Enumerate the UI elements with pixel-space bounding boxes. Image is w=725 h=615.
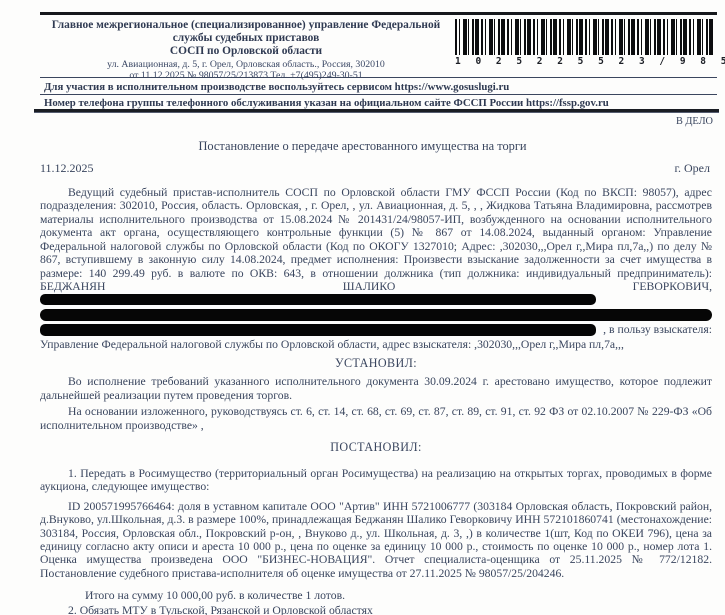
barcode: 1 0 2 5 2 2 5 5 2 3 / 9 8 5 7 bbox=[455, 19, 713, 67]
redaction-row: , в пользу взыскателя: bbox=[40, 323, 712, 336]
paragraph-transfer-order: 1. Передать в Росимущество (территориаль… bbox=[40, 467, 712, 494]
main-paragraph: Ведущий судебный пристав-исполнитель СОС… bbox=[40, 186, 712, 307]
date-row: г. Орел 11.12.2025 bbox=[40, 161, 710, 176]
doc-city: г. Орел bbox=[674, 161, 710, 176]
gosuslugi-notice: Для участия в исполнительном производств… bbox=[44, 81, 715, 93]
section-postanovil: ПОСТАНОВИЛ: bbox=[40, 441, 712, 454]
barcode-digits: 1 0 2 5 2 2 5 5 2 3 / 9 8 5 7 bbox=[455, 56, 713, 67]
divider-rule bbox=[40, 94, 717, 95]
document-body: Ведущий судебный пристав-исполнитель СОС… bbox=[40, 186, 712, 603]
doc-date: 11.12.2025 bbox=[40, 161, 94, 175]
section-ustanovil: УСТАНОВИЛ: bbox=[40, 357, 712, 370]
claimant-line: Управление Федеральной налоговой службы … bbox=[40, 338, 712, 351]
divider-rule bbox=[40, 77, 717, 78]
redaction-bar bbox=[40, 324, 596, 336]
top-border-rule bbox=[40, 12, 717, 15]
fssp-notice: Номер телефона группы телефонного обслуж… bbox=[44, 97, 715, 109]
paragraph-clipped-bottom: 2. Обязать МТУ в Тульской, Рязанской и О… bbox=[40, 604, 712, 615]
barcode-bars-icon bbox=[455, 19, 713, 55]
claimant-intro: , в пользу взыскателя: bbox=[603, 323, 712, 336]
letterhead: Главное межрегиональное (специализирован… bbox=[34, 19, 458, 81]
paragraph-arrest: Во исполнение требований указанного испо… bbox=[40, 375, 712, 402]
main-paragraph-text: Ведущий судебный пристав-исполнитель СОС… bbox=[40, 186, 712, 293]
paragraph-legal-basis: На основании изложенного, руководствуясь… bbox=[40, 405, 712, 432]
v-delo-stamp: В ДЕЛО bbox=[676, 116, 713, 127]
paragraph-total: Итого на сумму 10 000,00 руб. в количест… bbox=[40, 589, 712, 602]
redaction-bar bbox=[40, 309, 712, 321]
org-address: ул. Авиационная, д. 5, г. Орел, Орловска… bbox=[34, 59, 458, 70]
doc-ref-line: от 11.12.2025 № 98057/25/213873 Тел. +7(… bbox=[34, 70, 458, 81]
letterhead-bottom-rule bbox=[34, 109, 719, 113]
doc-title: Постановление о передаче арестованного и… bbox=[0, 139, 725, 154]
paragraph-property-description: ID 200571995766464: доля в уставном капи… bbox=[40, 500, 712, 581]
redaction-bar bbox=[40, 294, 596, 305]
scanned-document-page: Главное межрегиональное (специализирован… bbox=[0, 0, 725, 615]
org-department: СОСП по Орловской области bbox=[34, 45, 458, 58]
org-name: Главное межрегиональное (специализирован… bbox=[34, 19, 458, 45]
